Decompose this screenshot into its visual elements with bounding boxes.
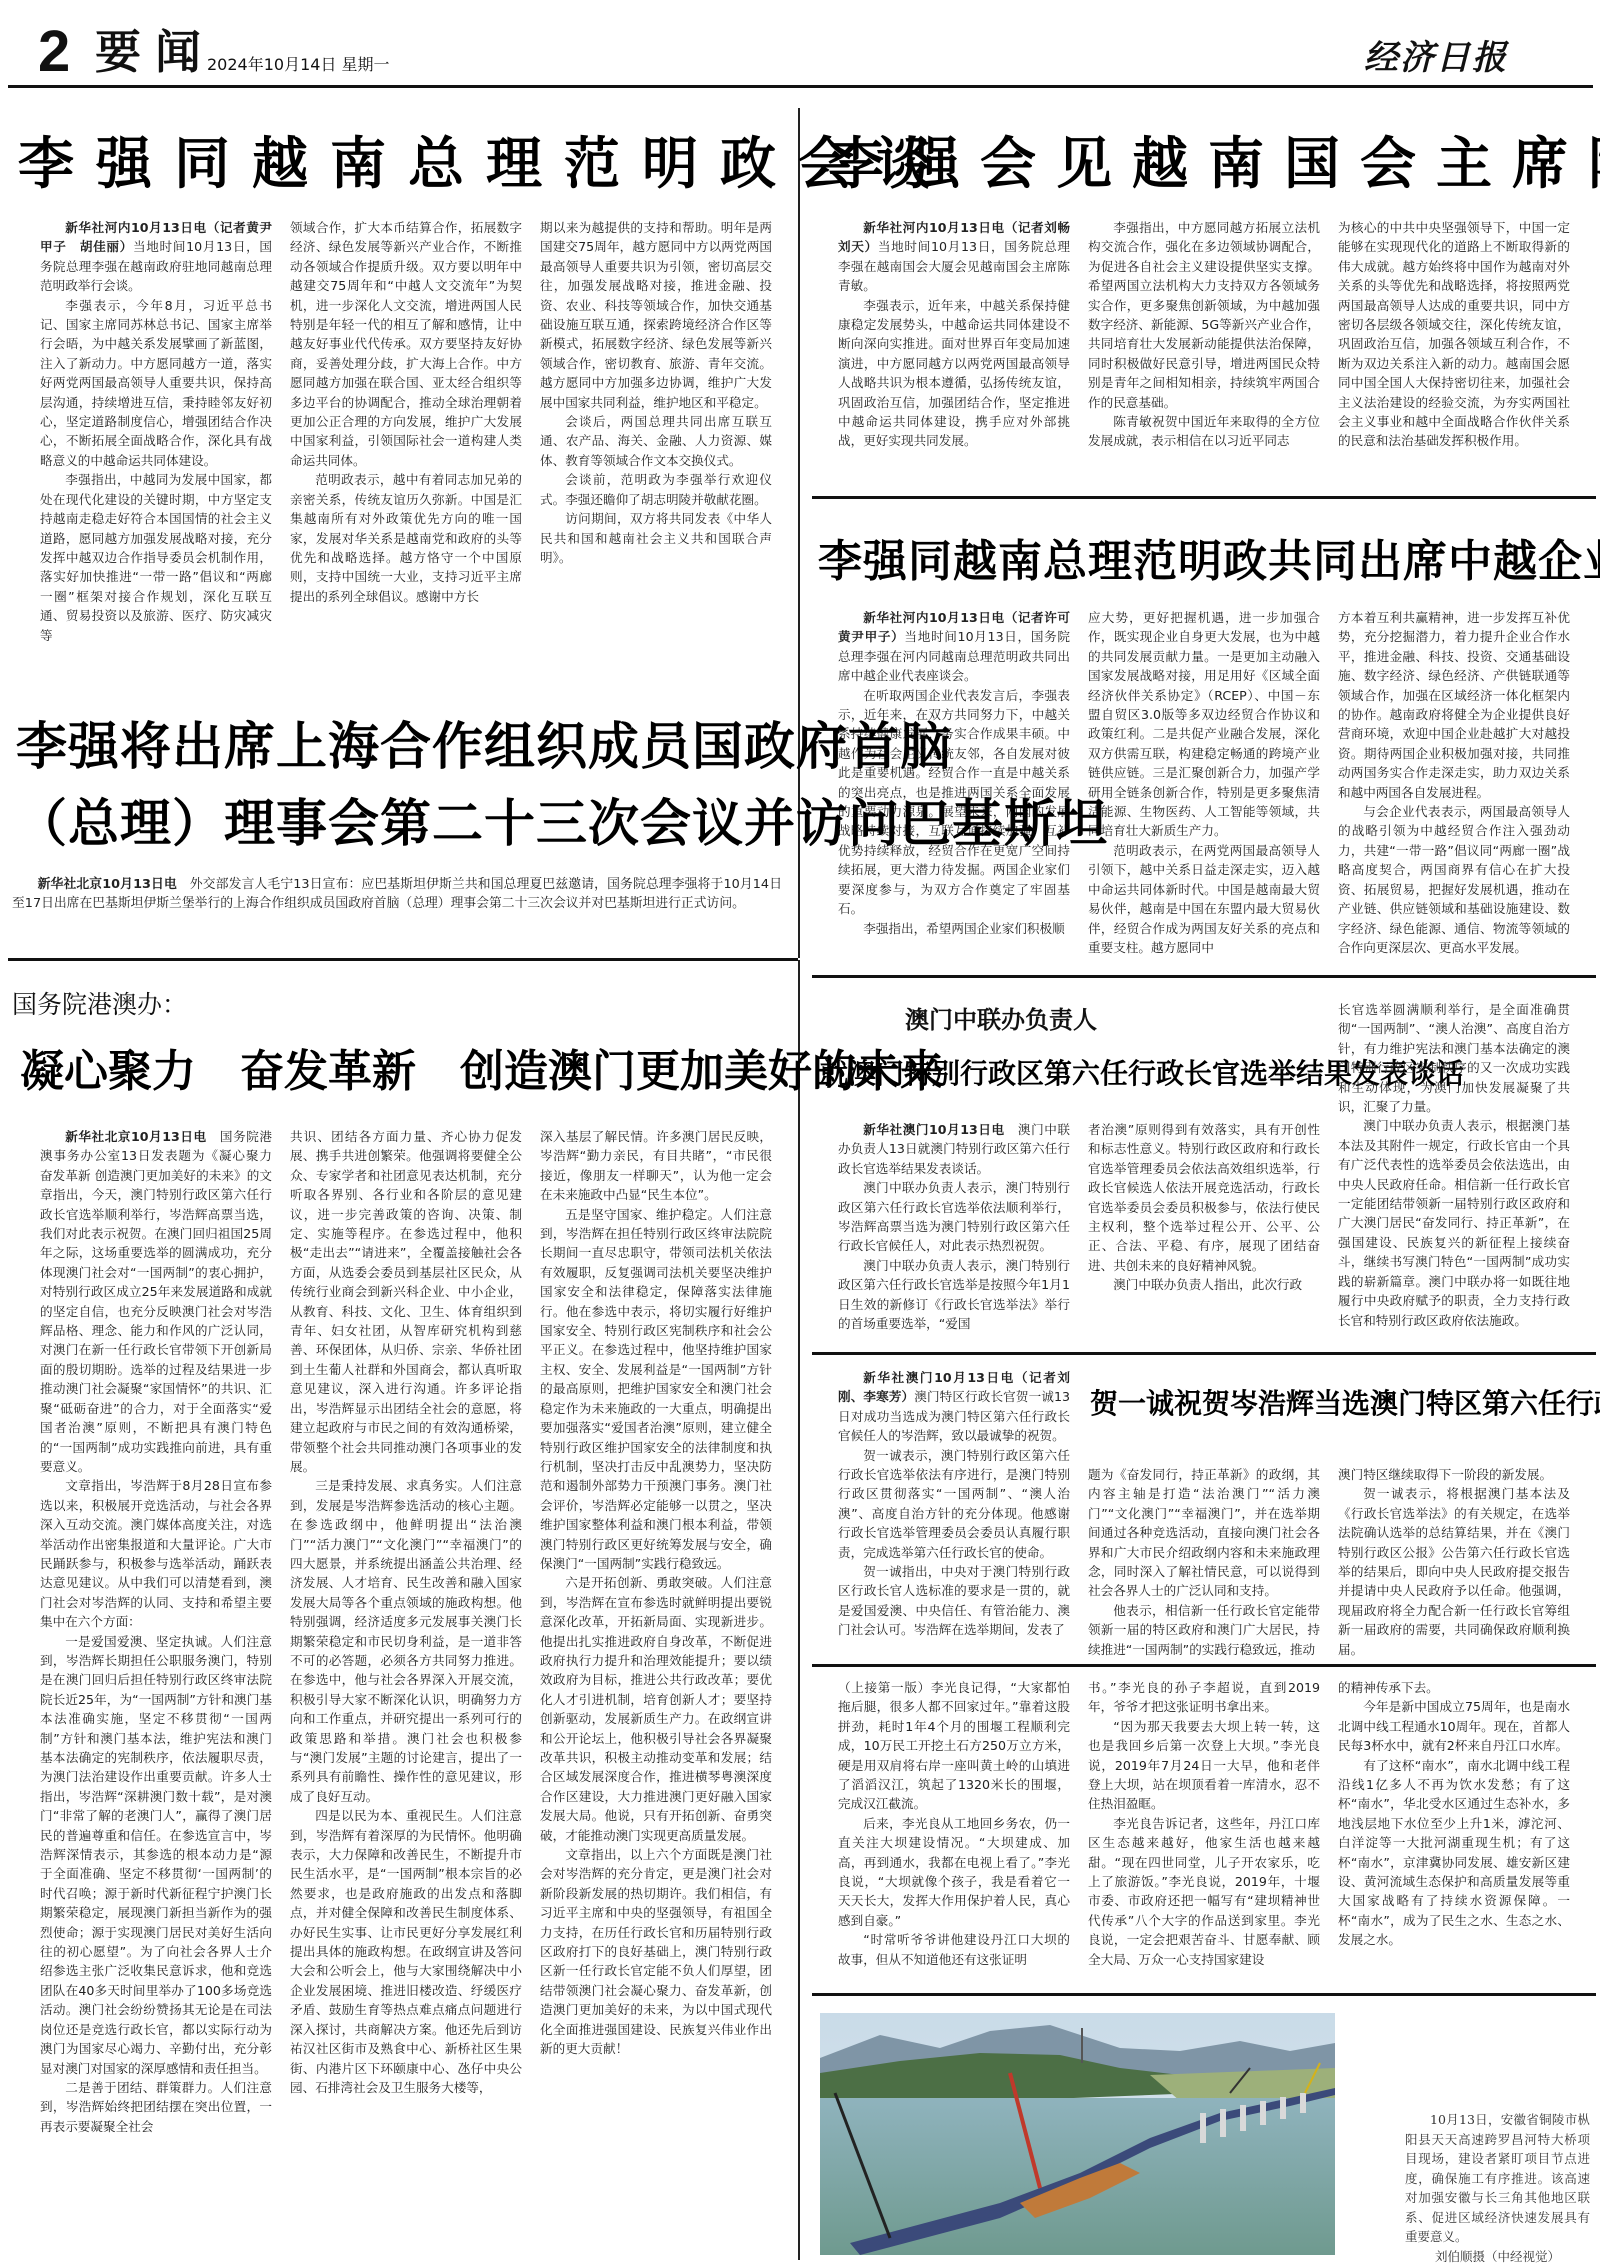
body-paragraph: 贺一诚指出，中央对于澳门特别行政区行政长官人选标准的要求是一贯的，就是爱国爱澳、… <box>838 1562 1070 1640</box>
body-paragraph: 澳门中联办负责人表示，澳门特别行政区第六任行政长官选举是按照今年1月1日生效的新… <box>838 1256 1070 1334</box>
body-text: 期以来为越提供的支持和帮助。明年是两国建交75周年，越方愿同中方以两党两国最高领… <box>540 218 772 412</box>
article-column: 长官选举圆满顺利举行，是全面准确贯彻“一国两制”、“澳人治澳”、高度自治方针，有… <box>1338 1000 1570 1345</box>
headline: 凝心聚力 奋发革新 创造澳门更加美好的未来 <box>20 1035 944 1099</box>
body-paragraph: 一是爱国爱澳、坚定执诚。人们注意到，岑浩辉长期担任公职服务澳门，特别是在澳门回归… <box>40 1632 272 2078</box>
body-paragraph: 访问期间，双方将共同发表《中华人民共和国和越南社会主义共和国联合声明》。 <box>540 509 772 567</box>
body-text: 深入基层了解民情。许多澳门居民反映，岑浩辉“勤力亲民，有目共睹”，“市民很接近，… <box>540 1127 772 1205</box>
article-column: 题为《奋发同行，持正革新》的政纲，其内容主轴是打造“法治澳门”“活力澳门”“文化… <box>1088 1465 1320 1660</box>
section-name: 要闻 <box>95 26 215 78</box>
section-rule <box>812 496 1596 499</box>
kicker: 国务院港澳办： <box>12 985 187 1021</box>
kicker: 澳门中联办负责人 <box>905 1000 1097 1035</box>
body-text: 题为《奋发同行，持正革新》的政纲，其内容主轴是打造“法治澳门”“活力澳门”“文化… <box>1088 1465 1320 1601</box>
headline: 贺一诚祝贺岑浩辉当选澳门特区第六任行政长官候任人 <box>1090 1382 1600 1422</box>
body-paragraph: 五是坚守国家、维护稳定。人们注意到，岑浩辉在担任特别行政区终审法院院长期间一直尽… <box>540 1205 772 1574</box>
headline: 李强同越南总理范明政共同出席中越企业代表座谈会 <box>818 525 1600 589</box>
body-paragraph: “时常听爷爷讲他建设丹江口大坝的故事，但从不知道他还有这张证明 <box>838 1930 1070 1969</box>
body-paragraph: 李强表示，近年来，中越关系保持健康稳定发展势头，中越命运共同体建设不断向深向实推… <box>838 296 1070 451</box>
body-paragraph: 范明政表示，越中有着同志加兄弟的亲密关系，传统友谊历久弥新。中国是汇集越南所有对… <box>290 470 522 606</box>
body-paragraph: 他表示，相信新一任行政长官定能带领新一届的特区政府和澳门广大居民，持续推进“一国… <box>1088 1601 1320 1659</box>
dateline: 新华社澳门10月13日电 <box>863 1122 1005 1137</box>
body-paragraph: 范明政表示，在两党两国最高领导人引领下，越中关系日益走深走实，迈入越中命运共同体… <box>1088 841 1320 957</box>
body-paragraph: 六是开拓创新、勇敢突破。人们注意到，岑浩辉在宣布参选时就鲜明提出要锐意深化改革，… <box>540 1573 772 1845</box>
body-paragraph: “因为那天我要去大坝上转一转，这也是我回乡后第一次登上大坝。”李光良说，2019… <box>1088 1717 1320 1814</box>
bridge-construction-photo <box>820 2013 1335 2255</box>
body-paragraph: 会谈前，范明政为李强举行欢迎仪式。李强还瞻仰了胡志明陵并敬献花圈。 <box>540 470 772 509</box>
body-paragraph: 澳门中联办负责人指出，此次行政 <box>1088 1275 1320 1294</box>
body-paragraph: 四是以民为本、重视民生。人们注意到，岑浩辉有着深厚的为民情怀。他明确表示，大力保… <box>290 1806 522 2097</box>
body-paragraph: 文章指出，岑浩辉于8月28日宣布参选以来，积极展开竞选活动，与社会各界深入互动交… <box>40 1476 272 1631</box>
dateline: 新华社北京10月13日电 <box>38 877 177 892</box>
photo-credit: 刘伯顺摄（中经视觉） <box>1405 2247 1590 2267</box>
photo-image <box>820 2013 1335 2255</box>
article-column: 新华社北京10月13日电 国务院港澳事务办公室13日发表题为《凝心聚力 奋发革新… <box>40 1127 272 2257</box>
body-text: 共识、团结各方面力量、齐心协力促发展、携手共进创繁荣。他强调将要健全公众、专家学… <box>290 1127 522 1476</box>
article-column: 者治澳”原则得到有效落实，具有开创性和标志性意义。特别行政区政府和行政长官选举管… <box>1088 1120 1320 1345</box>
body-text: 国务院港澳事务办公室13日发表题为《凝心聚力 奋发革新 创造澳门更加美好的未来》… <box>40 1129 272 1474</box>
article-column: 新华社澳门10月13日电（记者刘刚、李寒芳）澳门特区行政长官贺一诚13日对成功当… <box>838 1368 1070 1658</box>
body-text: 领域合作，扩大本币结算合作，拓展数字经济、绿色发展等新兴产业合作，不断推动各领域… <box>290 218 522 470</box>
article-column: 期以来为越提供的支持和帮助。明年是两国建交75周年，越方愿同中方以两党两国最高领… <box>540 218 772 668</box>
headline-line-2: （总理）理事会第二十三次会议并访问巴基斯坦 <box>16 782 1108 856</box>
caption-text: 10月13日，安徽省铜陵市枞阳县天天高速跨罗昌河特大桥项目现场，建设者紧盯项目节… <box>1405 2110 1590 2247</box>
body-text: 的精神传承下去。 <box>1338 1678 1570 1697</box>
article-column: 应大势，更好把握机遇，进一步加强合作，既实现企业自身更大发展，也为中越的共同发展… <box>1088 608 1320 968</box>
article-column: 新华社澳门10月13日电 澳门中联办负责人13日就澳门特别行政区第六任行政长官选… <box>838 1120 1070 1345</box>
column-divider <box>798 960 800 2260</box>
body-text: 者治澳”原则得到有效落实，具有开创性和标志性意义。特别行政区政府和行政长官选举管… <box>1088 1120 1320 1275</box>
body-paragraph: 三是秉持发展、求真务实。人们注意到，发展是岑浩辉参选活动的核心主题。在参选政纲中… <box>290 1476 522 1806</box>
article-column: 书。”李光良的孙子李超说，直到2019年，爷爷才把这张证明书拿出来。 “因为那天… <box>1088 1678 1320 1988</box>
body-paragraph: 陈青敏祝贺中国近年来取得的全方位发展成就，表示相信在以习近平同志 <box>1088 412 1320 451</box>
section-rule <box>8 958 798 961</box>
article-column: 澳门特区继续取得下一阶段的新发展。 贺一诚表示，将根据澳门基本法及《行政长官选举… <box>1338 1465 1570 1660</box>
body-text: （上接第一版）李光良记得，“大家都怕拖后腿，很多人都不回家过年。”靠着这股拼劲，… <box>838 1678 1070 1814</box>
section-rule <box>812 975 1596 978</box>
body-paragraph: 澳门中联办负责人表示，澳门特别行政区第六任行政长官选举依法顺利举行，岑浩辉高票当… <box>838 1178 1070 1256</box>
article-column: 共识、团结各方面力量、齐心协力促发展、携手共进创繁荣。他强调将要健全公众、专家学… <box>290 1127 522 2257</box>
article-column: 李强指出，中方愿同越方拓展立法机构交流合作，强化在多边领域协调配合，为促进各自社… <box>1088 218 1320 483</box>
article-column: 的精神传承下去。 今年是新中国成立75周年，也是南水北调中线工程通水10周年。现… <box>1338 1678 1570 1988</box>
body-paragraph: 会谈后，两国总理共同出席互联互通、农产品、海关、金融、人力资源、媒体、教育等领域… <box>540 412 772 470</box>
body-paragraph: 贺一诚表示，将根据澳门基本法及《行政长官选举法》的有关规定，在选举法院确认选举的… <box>1338 1484 1570 1659</box>
body-paragraph: 二是善于团结、群策群力。人们注意到，岑浩辉始终把团结摆在突出位置，一再表示要凝聚… <box>40 2078 272 2136</box>
body-text: 长官选举圆满顺利举行，是全面准确贯彻“一国两制”、“澳人治澳”、高度自治方针，有… <box>1338 1000 1570 1116</box>
body-text: 澳门特区继续取得下一阶段的新发展。 <box>1338 1465 1570 1484</box>
article-column: 为核心的中共中央坚强领导下，中国一定能够在实现现代化的道路上不断取得新的伟大成就… <box>1338 218 1570 483</box>
body-text: 书。”李光良的孙子李超说，直到2019年，爷爷才把这张证明书拿出来。 <box>1088 1678 1320 1717</box>
article-column: 领域合作，扩大本币结算合作，拓展数字经济、绿色发展等新兴产业合作，不断推动各领域… <box>290 218 522 668</box>
body-paragraph: 李光良告诉记者，这些年，丹江口库区生态越来越好，他家生活也越来越甜。“现在四世同… <box>1088 1814 1320 1969</box>
newspaper-logo: 经济日报 <box>1364 30 1508 79</box>
article-column: 深入基层了解民情。许多澳门居民反映，岑浩辉“勤力亲民，有目共睹”，“市民很接近，… <box>540 1127 772 2257</box>
section-rule <box>812 1352 1596 1355</box>
masthead-rule <box>8 85 1593 88</box>
body-text: 应大势，更好把握机遇，进一步加强合作，既实现企业自身更大发展，也为中越的共同发展… <box>1088 608 1320 841</box>
section-rule <box>812 1664 1596 1667</box>
body-paragraph: 有了这杯“南水”，南水北调中线工程沿线1亿多人不再为饮水发愁；有了这杯“南水”，… <box>1338 1756 1570 1950</box>
issue-date: 2024年10月14日 星期一 <box>207 52 390 75</box>
body-paragraph: 后来，李光良从工地回乡务农，仍一直关注大坝建设情况。“大坝建成、加高，再到通水，… <box>838 1814 1070 1930</box>
headline: 李强会见越南国会主席陈青敏 <box>828 120 1600 200</box>
body-text: 方本着互利共赢精神，进一步发挥互补优势，充分挖掘潜力，着力提升企业合作水平，推进… <box>1338 608 1570 802</box>
headline-line-1: 李强将出席上海合作组织成员国政府首脑 <box>16 705 952 779</box>
page-number: 2 <box>38 22 70 82</box>
body-paragraph: 澳门中联办负责人表示，根据澳门基本法及其附件一规定，行政长官由一个具有广泛代表性… <box>1338 1116 1570 1329</box>
article-column: 新华社河内10月13日电（记者黄尹甲子 胡佳丽）当地时间10月13日，国务院总理… <box>40 218 272 668</box>
body-paragraph: 今年是新中国成立75周年，也是南水北调中线工程通水10周年。现在，首都人民每3杯… <box>1338 1697 1570 1755</box>
dateline: 新华社北京10月13日电 <box>65 1129 207 1144</box>
body-paragraph: 文章指出，以上六个方面既是澳门社会对岑浩辉的充分肯定，更是澳门社会对新阶段新发展… <box>540 1845 772 2058</box>
headline: 李强同越南总理范明政会谈 <box>18 120 954 200</box>
body-paragraph: 李强指出，中越同为发展中国家，都处在现代化建设的关键时期，中方坚定支持越南走稳走… <box>40 470 272 645</box>
article-column: （上接第一版）李光良记得，“大家都怕拖后腿，很多人都不回家过年。”靠着这股拼劲，… <box>838 1678 1070 1988</box>
article-body: 新华社北京10月13日电 外交部发言人毛宁13日宣布：应巴基斯坦伊斯兰共和国总理… <box>12 875 782 945</box>
body-text: 为核心的中共中央坚强领导下，中国一定能够在实现现代化的道路上不断取得新的伟大成就… <box>1338 218 1570 451</box>
photo-caption: 10月13日，安徽省铜陵市枞阳县天天高速跨罗昌河特大桥项目现场，建设者紧盯项目节… <box>1405 2110 1590 2266</box>
body-paragraph: 贺一诚表示，澳门特别行政区第六任行政长官选举依法有序进行，是澳门特别行政区贯彻落… <box>838 1446 1070 1562</box>
article-column: 新华社河内10月13日电（记者刘畅 刘天）当地时间10月13日，国务院总理李强在… <box>838 218 1070 483</box>
body-text: 李强指出，中方愿同越方拓展立法机构交流合作，强化在多边领域协调配合，为促进各自社… <box>1088 218 1320 412</box>
article-column: 方本着互利共赢精神，进一步发挥互补优势，充分挖掘潜力，着力提升企业合作水平，推进… <box>1338 608 1570 968</box>
body-paragraph: 李强指出，希望两国企业家们积极顺 <box>838 919 1070 938</box>
body-paragraph: 与会企业代表表示，两国最高领导人的战略引领为中越经贸合作注入强劲动力，共建“一带… <box>1338 802 1570 957</box>
body-paragraph: 李强表示，今年8月，习近平总书记、国家主席同苏林总书记、国家主席举行会晤，为中越… <box>40 296 272 471</box>
section-rule <box>812 1993 1596 1996</box>
masthead: 2 要闻 2024年10月14日 星期一 经济日报 <box>0 0 1600 88</box>
